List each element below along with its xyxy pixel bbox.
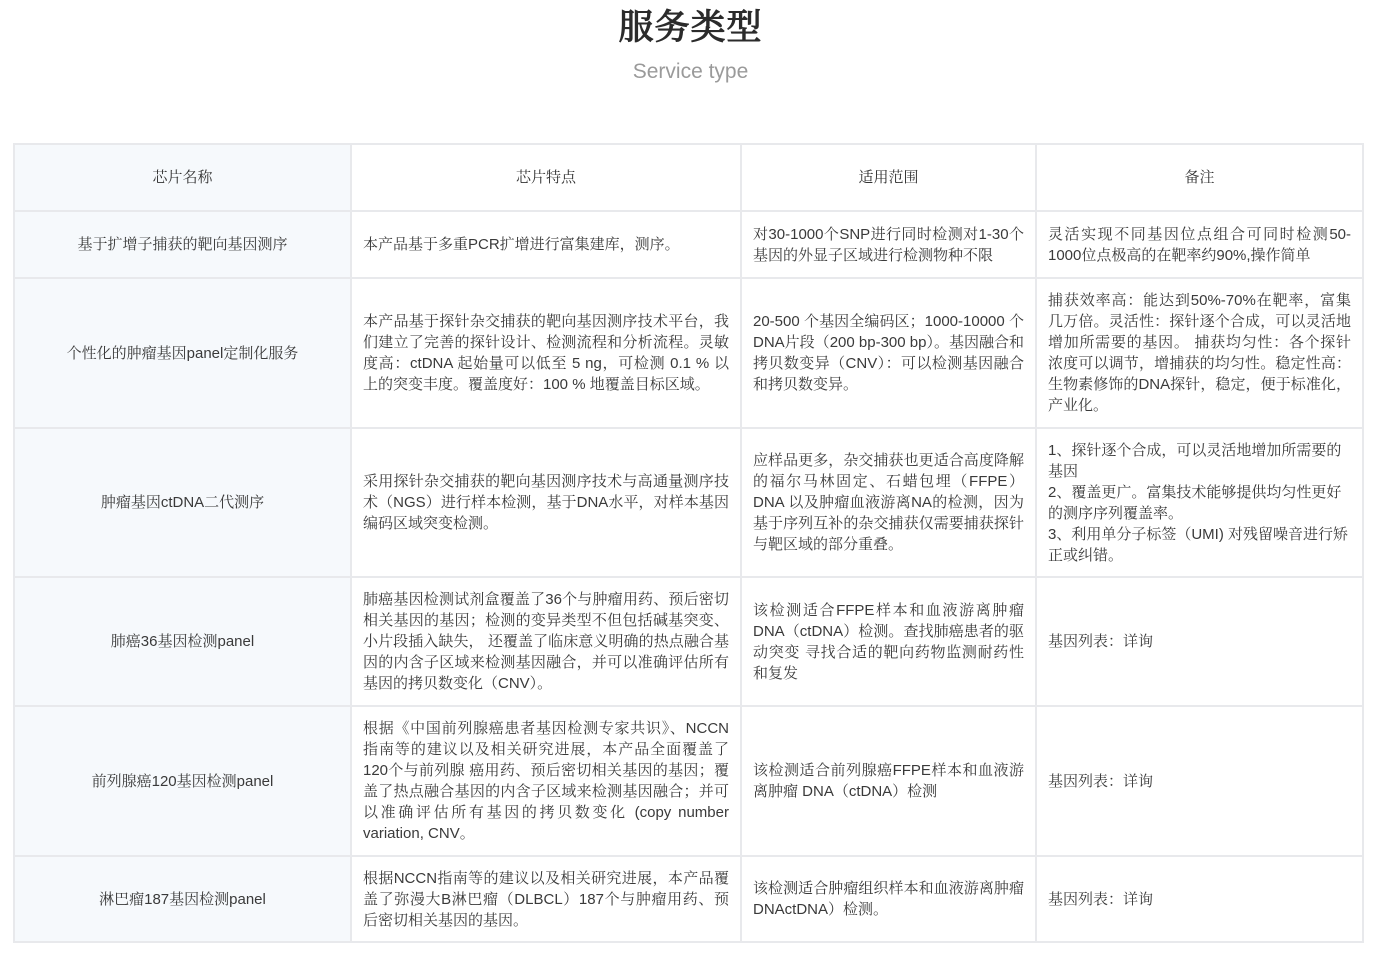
chip-name-cell: 基于扩增子捕获的靶向基因测序 — [14, 211, 351, 278]
table-row: 肿瘤基因ctDNA二代测序 采用探针杂交捕获的靶向基因测序技术与高通量测序技术（… — [14, 428, 1363, 577]
table-row: 基于扩增子捕获的靶向基因测序 本产品基于多重PCR扩增进行富集建库，测序。 对3… — [14, 211, 1363, 278]
column-header-scope: 适用范围 — [741, 144, 1036, 211]
page-title: 服务类型 — [0, 0, 1381, 48]
features-cell: 采用探针杂交捕获的靶向基因测序技术与高通量测序技术（NGS）进行样本检测，基于D… — [351, 428, 741, 577]
table-row: 个性化的肿瘤基因panel定制化服务 本产品基于探针杂交捕获的靶向基因测序技术平… — [14, 278, 1363, 428]
notes-cell: 基因列表：详询 — [1036, 577, 1363, 706]
scope-cell: 对30-1000个SNP进行同时检测对1-30个基因的外显子区域进行检测物种不限 — [741, 211, 1036, 278]
scope-cell: 该检测适合肿瘤组织样本和血液游离肿瘤DNActDNA）检测。 — [741, 856, 1036, 942]
table-header-row: 芯片名称 芯片特点 适用范围 备注 — [14, 144, 1363, 211]
chip-name-cell: 前列腺癌120基因检测panel — [14, 706, 351, 856]
scope-cell: 应样品更多，杂交捕获也更适合高度降解的福尔马林固定、石蜡包埋（FFPE）DNA … — [741, 428, 1036, 577]
chip-name-cell: 肺癌36基因检测panel — [14, 577, 351, 706]
features-cell: 本产品基于探针杂交捕获的靶向基因测序技术平台，我们建立了完善的探针设计、检测流程… — [351, 278, 741, 428]
features-cell: 肺癌基因检测试剂盒覆盖了36个与肿瘤用药、预后密切相关基因的基因；检测的变异类型… — [351, 577, 741, 706]
chip-name-cell: 肿瘤基因ctDNA二代测序 — [14, 428, 351, 577]
features-cell: 根据NCCN指南等的建议以及相关研究进展，本产品覆盖了弥漫大B淋巴瘤（DLBCL… — [351, 856, 741, 942]
notes-cell: 捕获效率高：能达到50%-70%在靶率，富集几万倍。灵活性：探针逐个合成，可以灵… — [1036, 278, 1363, 428]
notes-cell: 1、探针逐个合成，可以灵活地增加所需要的基因 2、覆盖更广。富集技术能够提供均匀… — [1036, 428, 1363, 577]
notes-cell: 基因列表：详询 — [1036, 856, 1363, 942]
features-cell: 根据《中国前列腺癌患者基因检测专家共识》、NCCN 指南等的建议以及相关研究进展… — [351, 706, 741, 856]
section-heading: 服务类型 Service type — [0, 0, 1381, 84]
column-header-chip-name: 芯片名称 — [14, 144, 351, 211]
column-header-chip-features: 芯片特点 — [351, 144, 741, 211]
chip-name-cell: 淋巴瘤187基因检测panel — [14, 856, 351, 942]
service-type-table: 芯片名称 芯片特点 适用范围 备注 基于扩增子捕获的靶向基因测序 本产品基于多重… — [13, 143, 1364, 943]
table-row: 前列腺癌120基因检测panel 根据《中国前列腺癌患者基因检测专家共识》、NC… — [14, 706, 1363, 856]
chip-name-cell: 个性化的肿瘤基因panel定制化服务 — [14, 278, 351, 428]
scope-cell: 该检测适合FFPE样本和血液游离肿瘤DNA（ctDNA）检测。查找肺癌患者的驱动… — [741, 577, 1036, 706]
scope-cell: 20-500 个基因全编码区；1000-10000 个DNA片段（200 bp-… — [741, 278, 1036, 428]
notes-cell: 基因列表：详询 — [1036, 706, 1363, 856]
column-header-notes: 备注 — [1036, 144, 1363, 211]
table-row: 淋巴瘤187基因检测panel 根据NCCN指南等的建议以及相关研究进展，本产品… — [14, 856, 1363, 942]
features-cell: 本产品基于多重PCR扩增进行富集建库，测序。 — [351, 211, 741, 278]
scope-cell: 该检测适合前列腺癌FFPE样本和血液游离肿瘤 DNA（ctDNA）检测 — [741, 706, 1036, 856]
table-row: 肺癌36基因检测panel 肺癌基因检测试剂盒覆盖了36个与肿瘤用药、预后密切相… — [14, 577, 1363, 706]
page-subtitle: Service type — [0, 48, 1381, 84]
notes-cell: 灵活实现不同基因位点组合可同时检测50-1000位点极高的在靶率约90%,操作简… — [1036, 211, 1363, 278]
